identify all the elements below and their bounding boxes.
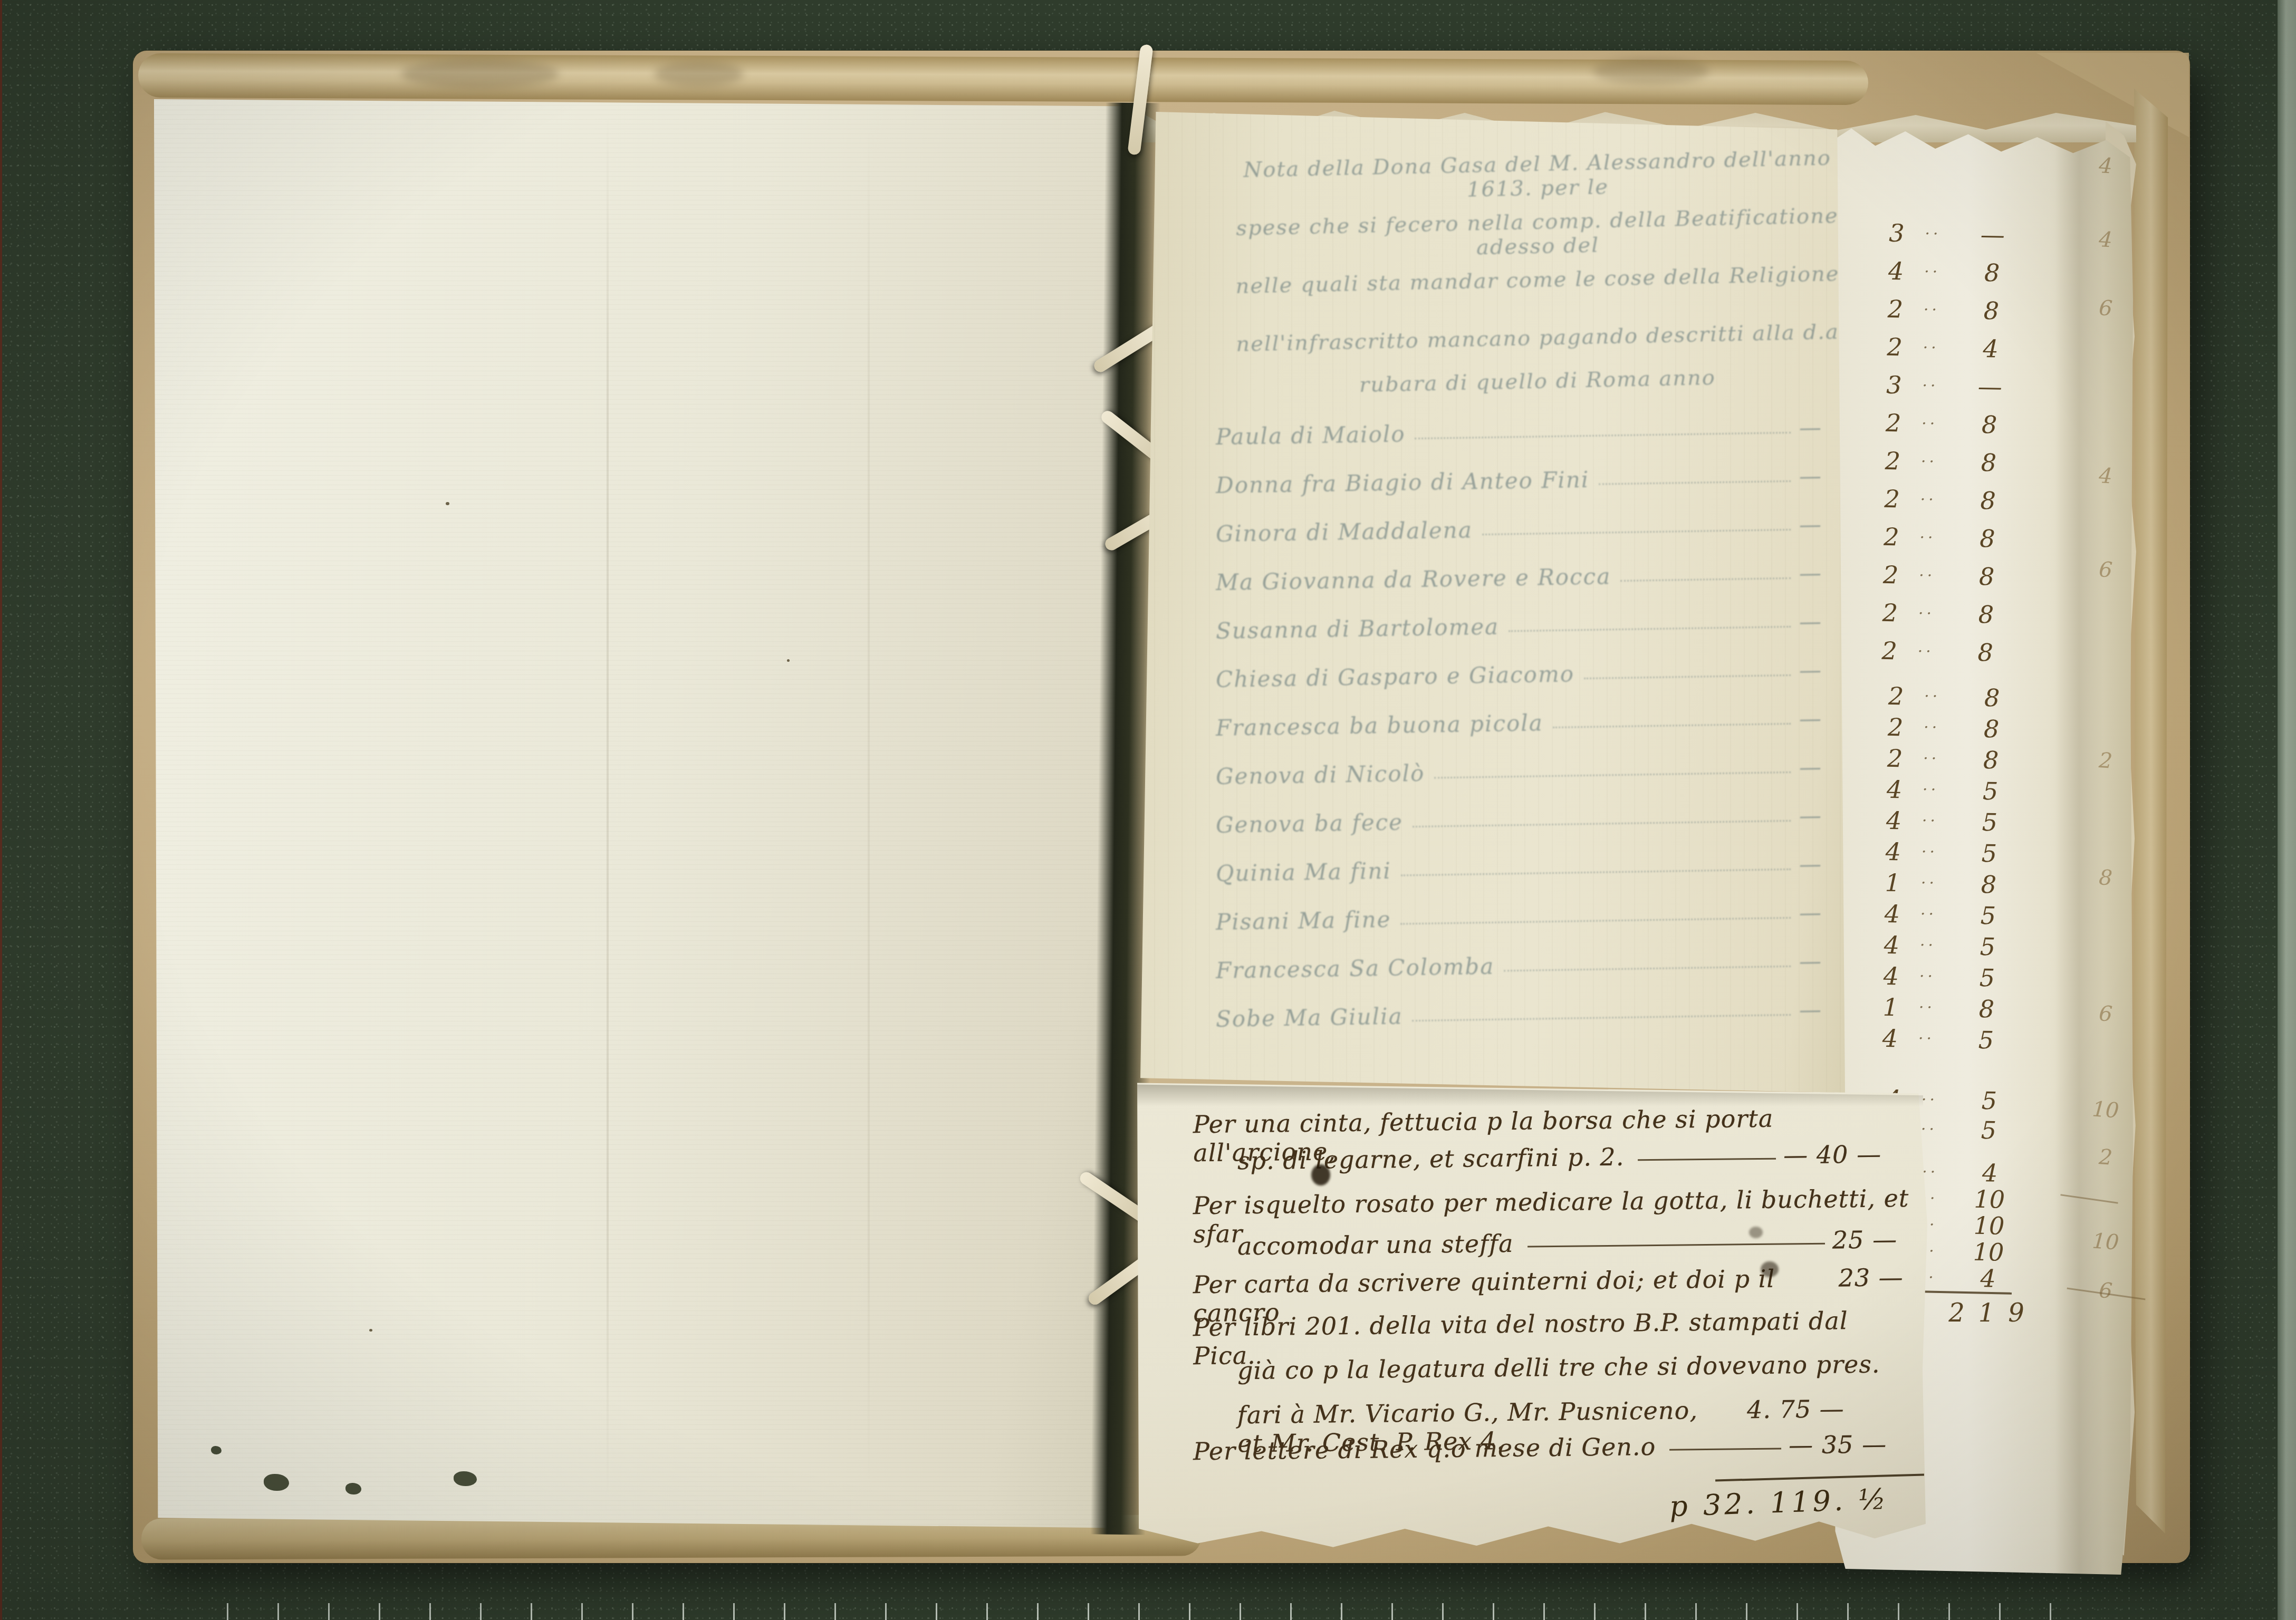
tally-row: 4··5: [1874, 804, 2033, 838]
tally-value-b: 5: [1947, 776, 2033, 806]
entry-name: Pisani Ma fine: [1216, 907, 1391, 935]
entry-leader: [1584, 674, 1791, 679]
entry-dash: —: [1799, 900, 1823, 926]
tally-row: 3··—: [1874, 365, 2033, 406]
tally-row: 1··8: [1871, 991, 2030, 1025]
tally-row: 2··8: [1872, 479, 2031, 520]
tally-column-block-1: 3··— 4··8 2··8 2··4 3··— 2··8 2··8 2··8 …: [1869, 214, 2035, 672]
cover-stain: [1593, 58, 1709, 84]
tally-dots: ··: [1909, 604, 1944, 623]
ruler-scale: [227, 1603, 2057, 1620]
tally-dots: ··: [1910, 998, 1944, 1017]
tally-value-b: 8: [1948, 713, 2034, 744]
tally-row: 2··8: [1869, 631, 2028, 672]
entry-dash: —: [1799, 463, 1823, 489]
tally-dots: ··: [1911, 905, 1946, 924]
tally-dots: ··: [1916, 224, 1951, 243]
paper-speck: [369, 1329, 372, 1332]
entry-leader: [1413, 1014, 1791, 1021]
entry-name: Quinia Ma fini: [1216, 858, 1391, 886]
slip-amount: 23 —: [1838, 1263, 1904, 1292]
tally-value-b: 8: [1949, 682, 2035, 712]
slip-amount: — 35 —: [1789, 1430, 1887, 1459]
entry-dash: —: [1799, 851, 1823, 877]
ink-blot: [1749, 1227, 1763, 1238]
slip-amount: 25 —: [1832, 1225, 1898, 1254]
tally-value-b: —: [1949, 220, 2035, 250]
entry-dash: —: [1799, 560, 1823, 586]
tally-value-a: 1: [1873, 868, 1913, 897]
tally-dots: ··: [1911, 528, 1945, 547]
edge-digit: 4: [2083, 462, 2127, 489]
page-crease: [607, 116, 609, 1498]
tally-dots: ··: [1909, 642, 1943, 661]
tally-value-a: 4: [1875, 775, 1914, 804]
page-crease: [868, 127, 870, 1487]
entry-dash: —: [1799, 803, 1823, 829]
tally-row: 2··8: [1870, 593, 2029, 634]
entry-leader: [1413, 820, 1791, 827]
tally-row: 1··8: [1873, 866, 2032, 900]
slip-leader: [1638, 1158, 1776, 1161]
entry-leader: [1401, 917, 1791, 925]
entry-leader: [1482, 529, 1791, 535]
tally-row: 4··5: [1875, 773, 2033, 807]
entry-name: Susanna di Bartolomea: [1216, 614, 1500, 644]
tally-value-b: 5: [1946, 1115, 2032, 1145]
tally-value-a: 3: [1877, 218, 1916, 247]
tally-value-a: 2: [1873, 446, 1913, 475]
entry-name: Genova ba fece: [1216, 809, 1404, 838]
tally-value-b: 10: [1946, 1184, 2032, 1214]
entry-dash: —: [1799, 997, 1823, 1023]
tally-value-b: 10: [1946, 1237, 2032, 1267]
tally-value-a: 4: [1872, 930, 1911, 959]
slip-text: accomodar una steffa: [1237, 1229, 1514, 1260]
edge-digit: 6: [2083, 295, 2127, 322]
tally-value-b: 5: [1945, 900, 2031, 930]
edge-digit: 4: [2083, 226, 2127, 253]
tally-row: 2··8: [1871, 517, 2030, 558]
slip-leader: [1669, 1448, 1781, 1451]
edge-digit: 8: [2083, 864, 2127, 891]
table-mat-strip: [2278, 0, 2296, 1620]
tally-column-block-2: 2··8 2··8 2··8 4··5 4··5 4··5 1··8 4··5 …: [1870, 680, 2035, 1056]
tally-value-a: 4: [1874, 837, 1913, 866]
entry-leader: [1620, 577, 1791, 582]
tally-value-b: 4: [1948, 334, 2034, 364]
tally-value-a: 2: [1875, 332, 1915, 361]
tally-dots: ··: [1915, 262, 1949, 281]
entry-name: Paula di Maiolo: [1216, 421, 1406, 450]
tally-dots: ··: [1915, 300, 1949, 319]
slip-text: sp. di legarne, et scarfini p. 2.: [1237, 1143, 1625, 1175]
tally-value-b: 5: [1944, 962, 2030, 992]
entry-dash: —: [1799, 657, 1823, 683]
tally-dots: ··: [1913, 843, 1947, 862]
tally-dots: ··: [1914, 780, 1948, 799]
entry-dash: —: [1799, 754, 1823, 780]
edge-digit: 10: [2083, 1228, 2127, 1255]
tally-value-a: 2: [1876, 294, 1915, 323]
tally-value-b: 5: [1947, 807, 2033, 837]
manuscript-photo-scene: 3··— 4··8 2··8 2··4 3··— 2··8 2··8 2··8 …: [0, 0, 2296, 1620]
cover-stain: [401, 59, 559, 89]
paper-damage-hole: [454, 1471, 477, 1486]
tally-row: 2··8: [1876, 711, 2034, 745]
tally-dots: ··: [1910, 967, 1945, 986]
entry-name: Genova di Nicolò: [1216, 760, 1425, 789]
tally-row: 2··4: [1875, 327, 2034, 368]
tally-value-b: 8: [1948, 296, 2034, 326]
slip-text: Per lettere di Rex q.o mese di Gen.o: [1193, 1432, 1656, 1465]
tally-dots: ··: [1914, 338, 1948, 357]
tally-row: 4··5: [1871, 960, 2030, 994]
tally-value-a: 2: [1876, 681, 1916, 710]
tally-value-b: 8: [1944, 994, 2030, 1024]
tally-dots: ··: [1914, 749, 1948, 768]
tally-row: 2··8: [1876, 290, 2034, 330]
ink-blot: [1761, 1261, 1779, 1277]
tally-value-b: 4: [1945, 1264, 2031, 1294]
slip-amount: 4. 75 —: [1747, 1394, 1845, 1424]
paper-speck: [446, 502, 449, 505]
entry-name: Francesca ba buona picola: [1216, 710, 1543, 741]
entry-leader: [1599, 480, 1791, 485]
tally-value-a: 2: [1872, 484, 1912, 513]
entry-dash: —: [1799, 414, 1823, 441]
tally-value-b: 8: [1944, 562, 2030, 592]
entry-leader: [1553, 723, 1791, 728]
entry-leader: [1509, 626, 1791, 632]
cover-stain: [654, 61, 744, 86]
tally-value-a: 2: [1874, 408, 1913, 437]
entry-leader: [1504, 966, 1791, 972]
tally-value-b: 10: [1946, 1211, 2032, 1241]
tally-dots: ··: [1915, 687, 1949, 706]
tally-dots: ··: [1913, 414, 1947, 433]
slip-leader: [1528, 1243, 1825, 1248]
entry-name: Ginora di Maddalena: [1216, 517, 1473, 547]
slip-amount: — 40 —: [1783, 1140, 1881, 1170]
tally-dots: ··: [1911, 936, 1945, 955]
tally-value-a: 2: [1875, 744, 1915, 773]
entry-dash: —: [1799, 706, 1823, 732]
tally-dots: ··: [1912, 452, 1946, 471]
tally-value-a: 4: [1871, 961, 1911, 990]
tally-row: 2··8: [1871, 555, 2030, 596]
tally-row: 4··8: [1876, 252, 2035, 292]
tally-value-b: 8: [1946, 410, 2032, 440]
tally-row: 4··5: [1874, 835, 2032, 869]
tally-value-b: 5: [1943, 1025, 2029, 1055]
paper-damage-hole: [211, 1446, 222, 1454]
tally-value-a: 4: [1876, 256, 1916, 285]
tally-dots: ··: [1915, 718, 1949, 737]
tally-value-a: 4: [1872, 899, 1912, 928]
tally-value-b: 5: [1946, 838, 2032, 868]
tally-value-b: 8: [1946, 448, 2032, 478]
tally-dots: ··: [1913, 812, 1947, 831]
entry-dash: —: [1799, 512, 1823, 538]
entry-name: Sobe Ma Giulia: [1216, 1003, 1403, 1032]
tally-value-b: 8: [1944, 524, 2030, 554]
entry-leader: [1401, 869, 1791, 876]
edge-digit: 4: [2083, 152, 2127, 179]
edge-digit: 10: [2083, 1096, 2127, 1123]
entry-dash: —: [1799, 609, 1823, 635]
tally-value-b: 8: [1949, 258, 2035, 288]
tally-row: 2··8: [1876, 680, 2035, 713]
tally-value-b: 5: [1946, 1086, 2032, 1116]
edge-digit: 6: [2083, 556, 2127, 583]
tally-row: 2··8: [1875, 742, 2034, 776]
entry-leader: [1415, 432, 1791, 439]
tally-row: 3··—: [1877, 214, 2035, 254]
cover-torn-right-edge: [2134, 89, 2168, 1534]
entry-name: Francesca Sa Colomba: [1216, 953, 1495, 983]
tally-value-b: 8: [1943, 600, 2029, 630]
tally-row: 2··8: [1874, 403, 2032, 444]
tally-value-a: 2: [1871, 522, 1911, 551]
tally-value-b: 8: [1943, 638, 2029, 668]
tally-dots: ··: [1910, 566, 1944, 585]
tally-dots: ··: [1911, 490, 1946, 509]
tally-value-b: 8: [1945, 486, 2031, 516]
tally-row: 4··5: [1870, 1022, 2029, 1056]
edge-digit: 2: [2083, 747, 2127, 774]
tally-value-a: 1: [1871, 992, 1910, 1021]
tally-total-b: 219: [1913, 1298, 2074, 1328]
paper-speck: [787, 659, 790, 662]
tally-value-b: 4: [1947, 1158, 2033, 1188]
tally-value-b: 8: [1948, 745, 2034, 775]
tally-value-b: 8: [1946, 869, 2032, 899]
tally-row: 4··5: [1872, 929, 2031, 962]
tally-value-a: 4: [1870, 1024, 1910, 1053]
tally-value-a: 2: [1870, 636, 1909, 665]
tally-value-a: 3: [1874, 370, 1914, 399]
tally-value-b: —: [1947, 372, 2033, 402]
tally-row: 4··5: [1872, 898, 2031, 931]
tally-value-a: 2: [1870, 598, 1910, 627]
edge-digit: 2: [2083, 1144, 2127, 1171]
tally-dots: ··: [1912, 874, 1946, 893]
tally-value-b: 5: [1945, 931, 2031, 961]
paper-damage-hole: [345, 1483, 361, 1494]
entry-dash: —: [1799, 948, 1823, 975]
entry-leader: [1434, 772, 1791, 779]
blank-left-page: [154, 99, 1127, 1529]
paper-damage-hole: [264, 1474, 289, 1491]
tally-value-a: 2: [1871, 560, 1910, 589]
edge-digit: 6: [2083, 1000, 2127, 1027]
tally-row: 2··8: [1873, 441, 2032, 482]
ink-blot: [1311, 1164, 1330, 1185]
tally-value-a: 4: [1874, 806, 1914, 835]
scan-edge-artifact: [0, 0, 2, 1620]
tally-value-a: 2: [1876, 712, 1915, 741]
tally-dots: ··: [1909, 1029, 1944, 1048]
tally-dots: ··: [1914, 376, 1948, 395]
